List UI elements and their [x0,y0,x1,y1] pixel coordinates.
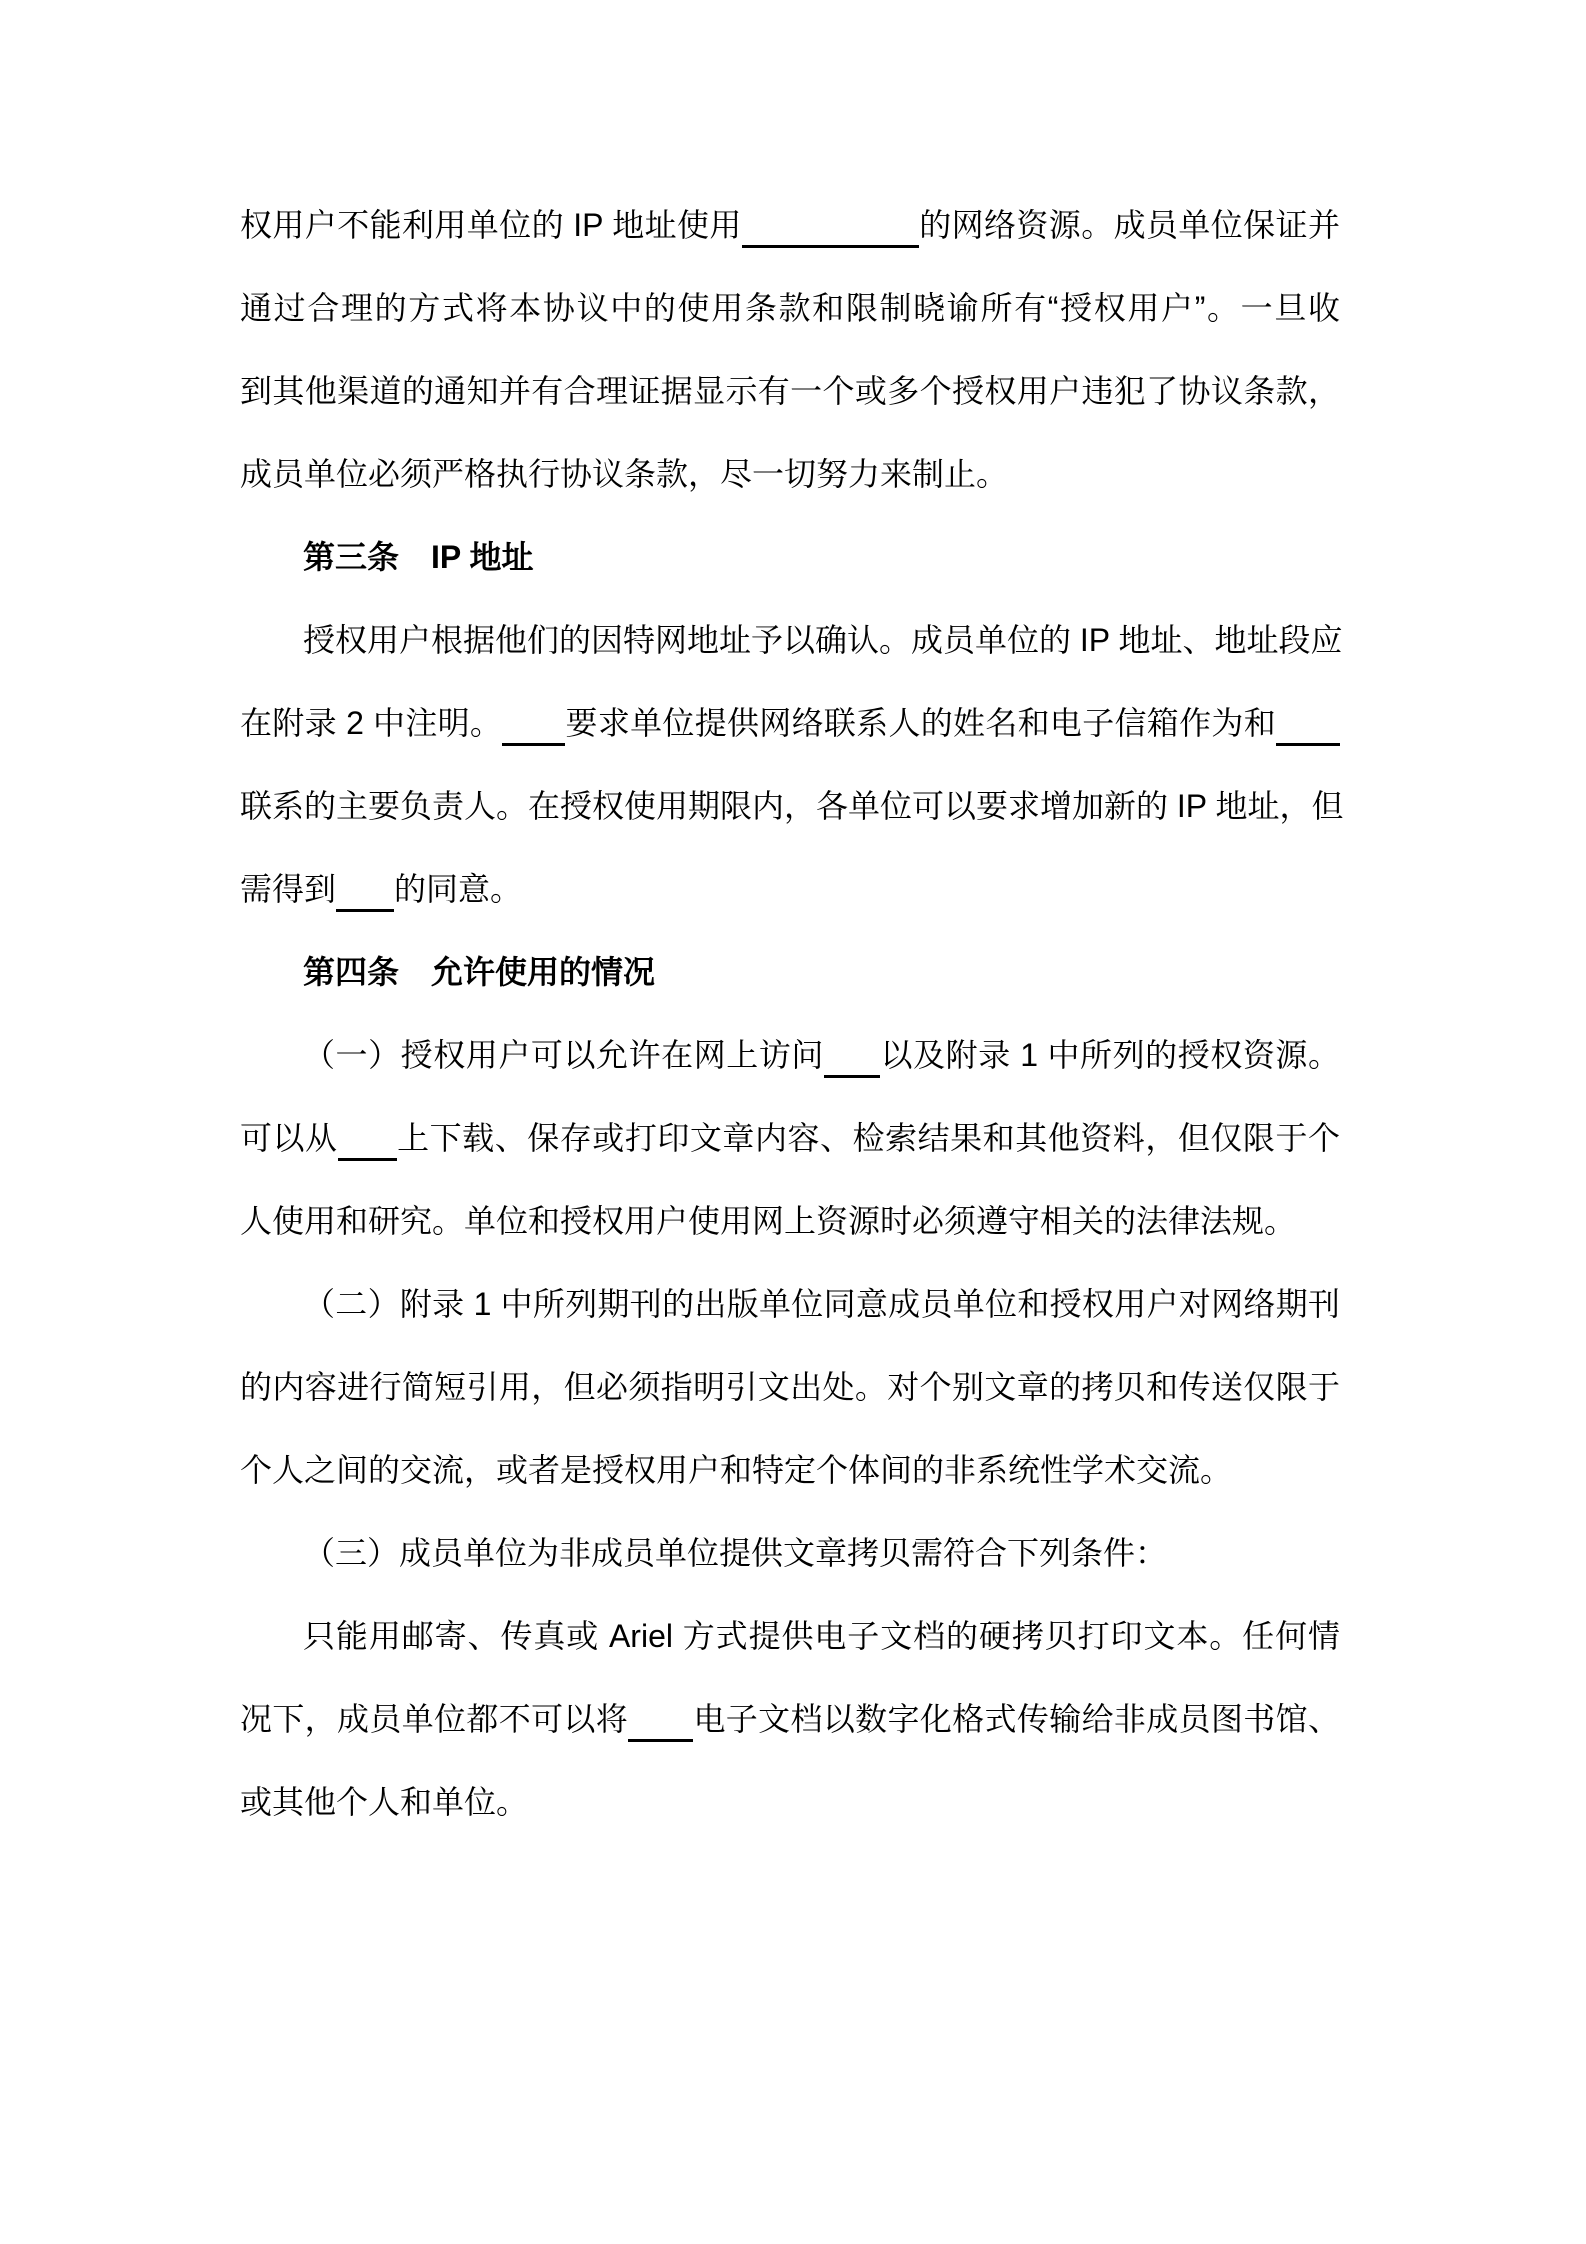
text-run: 的内容进行简短引用，但必须指明引文出处。对个别文章的拷贝和传送仅限于 [240,1369,1340,1405]
text-run: 以及附录 1 中所列的授权资源。 [880,1037,1340,1073]
text-run: 电子文档以数字化格式传输给非成员图书馆、 [693,1701,1340,1737]
para-line: 只能用邮寄、传真或 Ariel 方式提供电子文档的硬拷贝打印文本。任何情 [240,1595,1340,1678]
text-run: 要求单位提供网络联系人的姓名和电子信箱作为和 [565,705,1276,741]
para-line: 在附录 2 中注明。要求单位提供网络联系人的姓名和电子信箱作为和 [240,682,1340,765]
text-run: 需得到 [240,871,336,907]
text-run: 在附录 2 中注明。 [240,705,502,741]
text-run: 只能用邮寄、传真或 Ariel 方式提供电子文档的硬拷贝打印文本。任何情 [303,1618,1340,1654]
text-run: 个人之间的交流，或者是授权用户和特定个体间的非系统性学术交流。 [240,1452,1232,1488]
para-line: 成员单位必须严格执行协议条款，尽一切努力来制止。 [240,433,1340,516]
text-run: 成员单位必须严格执行协议条款，尽一切努力来制止。 [240,456,1008,492]
text-run: （一）授权用户可以允许在网上访问 [303,1037,824,1073]
para-line: 联系的主要负责人。在授权使用期限内，各单位可以要求增加新的 IP 地址，但 [240,765,1340,848]
para-line: 通过合理的方式将本协议中的使用条款和限制晓谕所有“授权用户”。一旦收 [240,267,1340,350]
fill-in-blank [824,1035,880,1078]
para-line: 的内容进行简短引用，但必须指明引文出处。对个别文章的拷贝和传送仅限于 [240,1346,1340,1429]
text-run: 上下载、保存或打印文章内容、检索结果和其他资料，但仅限于个 [397,1120,1340,1156]
text-run: 权用户不能利用单位的 IP 地址使用 [240,207,742,243]
text-run: 第三条 IP 地址 [303,539,534,575]
para-line: （二）附录 1 中所列期刊的出版单位同意成员单位和授权用户对网络期刊 [240,1263,1340,1346]
para-line: 况下，成员单位都不可以将电子文档以数字化格式传输给非成员图书馆、 [240,1678,1340,1761]
fill-in-blank [336,869,394,912]
para-line: 可以从上下载、保存或打印文章内容、检索结果和其他资料，但仅限于个 [240,1097,1340,1180]
text-run: 或其他个人和单位。 [240,1784,528,1820]
para-line: 个人之间的交流，或者是授权用户和特定个体间的非系统性学术交流。 [240,1429,1340,1512]
para-continuation-line: 权用户不能利用单位的 IP 地址使用的网络资源。成员单位保证并 [240,184,1340,267]
fill-in-blank [742,205,919,248]
para-line: 人使用和研究。单位和授权用户使用网上资源时必须遵守相关的法律法规。 [240,1180,1340,1263]
fill-in-blank [338,1118,397,1161]
text-run: 第四条 允许使用的情况 [303,954,655,990]
section-heading-article-3: 第三条 IP 地址 [240,516,1340,599]
para-line: 或其他个人和单位。 [240,1761,1340,1844]
text-run: 可以从 [240,1120,338,1156]
text-run: 人使用和研究。单位和授权用户使用网上资源时必须遵守相关的法律法规。 [240,1203,1296,1239]
text-run: 的网络资源。成员单位保证并 [919,207,1340,243]
para-line: （三）成员单位为非成员单位提供文章拷贝需符合下列条件： [240,1512,1340,1595]
fill-in-blank [502,703,565,746]
text-run: 通过合理的方式将本协议中的使用条款和限制晓谕所有“授权用户”。一旦收 [240,290,1340,326]
text-run: 的同意。 [394,871,522,907]
text-run: （三）成员单位为非成员单位提供文章拷贝需符合下列条件： [303,1535,1167,1571]
fill-in-blank [1276,703,1340,746]
para-line: 授权用户根据他们的因特网地址予以确认。成员单位的 IP 地址、地址段应 [240,599,1340,682]
fill-in-blank [628,1699,693,1742]
document-content: 权用户不能利用单位的 IP 地址使用的网络资源。成员单位保证并通过合理的方式将本… [240,184,1340,1844]
text-run: 到其他渠道的通知并有合理证据显示有一个或多个授权用户违犯了协议条款， [240,373,1340,409]
para-line: （一）授权用户可以允许在网上访问以及附录 1 中所列的授权资源。 [240,1014,1340,1097]
text-run: 授权用户根据他们的因特网地址予以确认。成员单位的 IP 地址、地址段应 [303,622,1342,658]
para-line: 需得到的同意。 [240,848,1340,931]
section-heading-article-4: 第四条 允许使用的情况 [240,931,1340,1014]
text-run: 联系的主要负责人。在授权使用期限内，各单位可以要求增加新的 IP 地址，但 [240,788,1343,824]
text-run: （二）附录 1 中所列期刊的出版单位同意成员单位和授权用户对网络期刊 [303,1286,1340,1322]
text-run: 况下，成员单位都不可以将 [240,1701,628,1737]
para-line: 到其他渠道的通知并有合理证据显示有一个或多个授权用户违犯了协议条款， [240,350,1340,433]
document-page: 权用户不能利用单位的 IP 地址使用的网络资源。成员单位保证并通过合理的方式将本… [0,0,1586,2244]
